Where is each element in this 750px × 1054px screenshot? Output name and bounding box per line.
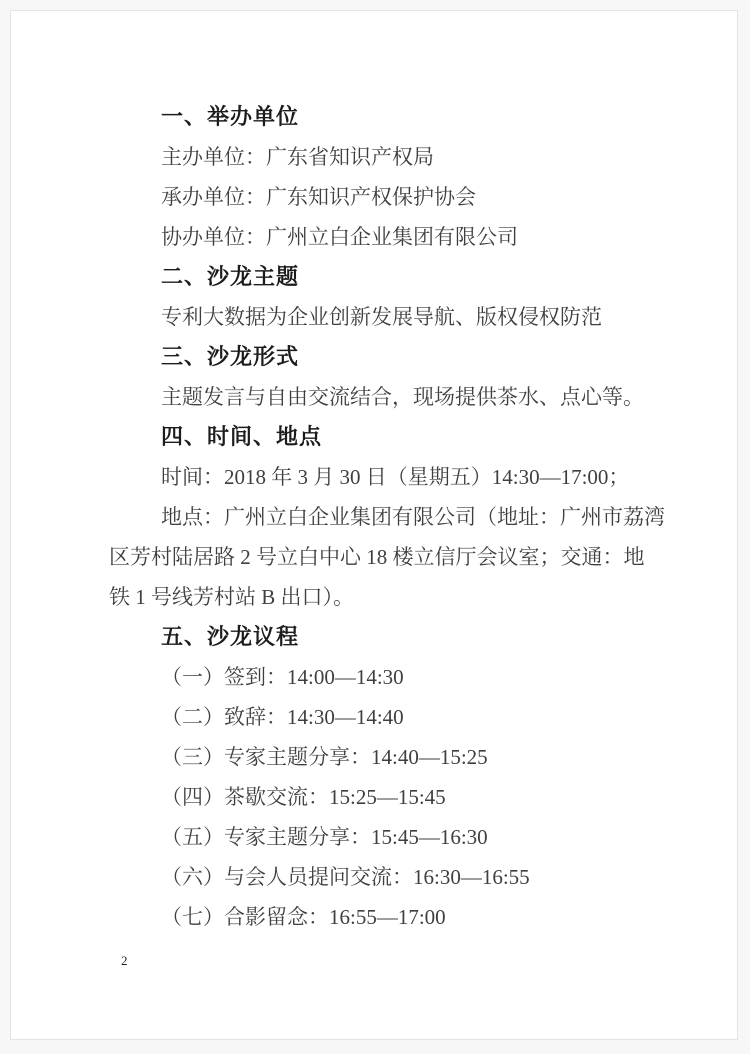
agenda-item-qa: （六）与会人员提问交流：16:30—16:55	[109, 857, 651, 897]
section-heading-time-place: 四、时间、地点	[109, 417, 651, 457]
page-number: 2	[121, 953, 128, 969]
paragraph-format: 主题发言与自由交流结合，现场提供茶水、点心等。	[109, 377, 651, 417]
agenda-item-expert-share-2: （五）专家主题分享：15:45—16:30	[109, 817, 651, 857]
paragraph-theme: 专利大数据为企业创新发展导航、版权侵权防范	[109, 297, 651, 337]
agenda-item-speech: （二）致辞：14:30—14:40	[109, 697, 651, 737]
paragraph-coorganizer-unit: 协办单位：广州立白企业集团有限公司	[109, 217, 651, 257]
agenda-item-signin: （一）签到：14:00—14:30	[109, 657, 651, 697]
section-heading-salon-theme: 二、沙龙主题	[109, 257, 651, 297]
document-background: { "doc": { "page_number": "2", "colors":…	[0, 0, 750, 1054]
document-page: 一、举办单位 主办单位：广东省知识产权局 承办单位：广东知识产权保护协会 协办单…	[10, 10, 738, 1040]
agenda-item-expert-share-1: （三）专家主题分享：14:40—15:25	[109, 737, 651, 777]
paragraph-time: 时间：2018 年 3 月 30 日（星期五）14:30—17:00；	[109, 457, 651, 497]
paragraph-host-unit: 主办单位：广东省知识产权局	[109, 137, 651, 177]
paragraph-undertaker-unit: 承办单位：广东知识产权保护协会	[109, 177, 651, 217]
paragraph-place-line1: 地点：广州立白企业集团有限公司（地址：广州市荔湾	[109, 497, 651, 537]
paragraph-place-line2: 区芳村陆居路 2 号立白中心 18 楼立信厅会议室；交通：地	[109, 537, 651, 577]
document-body: 一、举办单位 主办单位：广东省知识产权局 承办单位：广东知识产权保护协会 协办单…	[109, 97, 651, 937]
section-heading-salon-agenda: 五、沙龙议程	[109, 617, 651, 657]
section-heading-organizers: 一、举办单位	[109, 97, 651, 137]
agenda-item-tea-break: （四）茶歇交流：15:25—15:45	[109, 777, 651, 817]
agenda-item-photo: （七）合影留念：16:55—17:00	[109, 897, 651, 937]
section-heading-salon-format: 三、沙龙形式	[109, 337, 651, 377]
paragraph-place-line3: 铁 1 号线芳村站 B 出口）。	[109, 577, 651, 617]
